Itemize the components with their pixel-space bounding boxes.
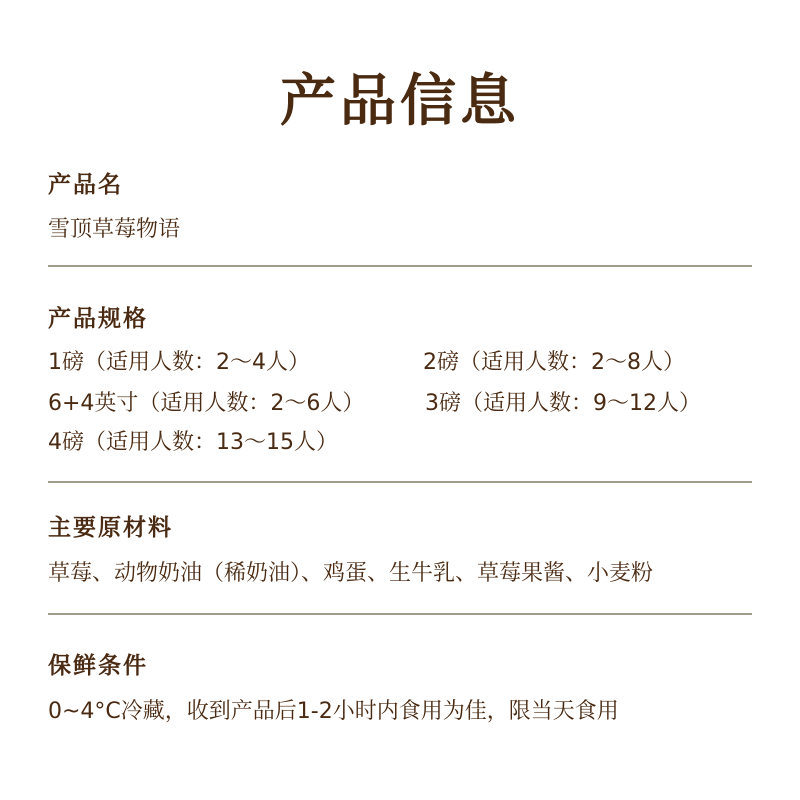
storage-value: 0~4°C冷藏，收到产品后1-2小时内食用为佳，限当天食用 [48, 697, 619, 727]
storage-label: 保鲜条件 [48, 651, 148, 681]
ingredients-value: 草莓、动物奶油（稀奶油）、鸡蛋、生牛乳、草莓果酱、小麦粉 [48, 559, 653, 589]
spec-item: 3磅（适用人数：9～12人） [425, 389, 701, 419]
spec-item: 4磅（适用人数：13～15人） [48, 428, 338, 458]
product-name-value: 雪顶草莓物语 [48, 215, 180, 245]
divider [48, 481, 752, 483]
divider [48, 613, 752, 615]
divider [48, 265, 752, 267]
spec-item: 1磅（适用人数：2～4人） [48, 348, 310, 378]
product-spec-label: 产品规格 [48, 304, 148, 334]
spec-item: 6+4英寸（适用人数：2～6人） [48, 389, 364, 419]
page-title: 产品信息 [0, 66, 800, 138]
product-name-label: 产品名 [48, 170, 123, 200]
ingredients-label: 主要原材料 [48, 513, 173, 543]
spec-item: 2磅（适用人数：2～8人） [423, 348, 685, 378]
